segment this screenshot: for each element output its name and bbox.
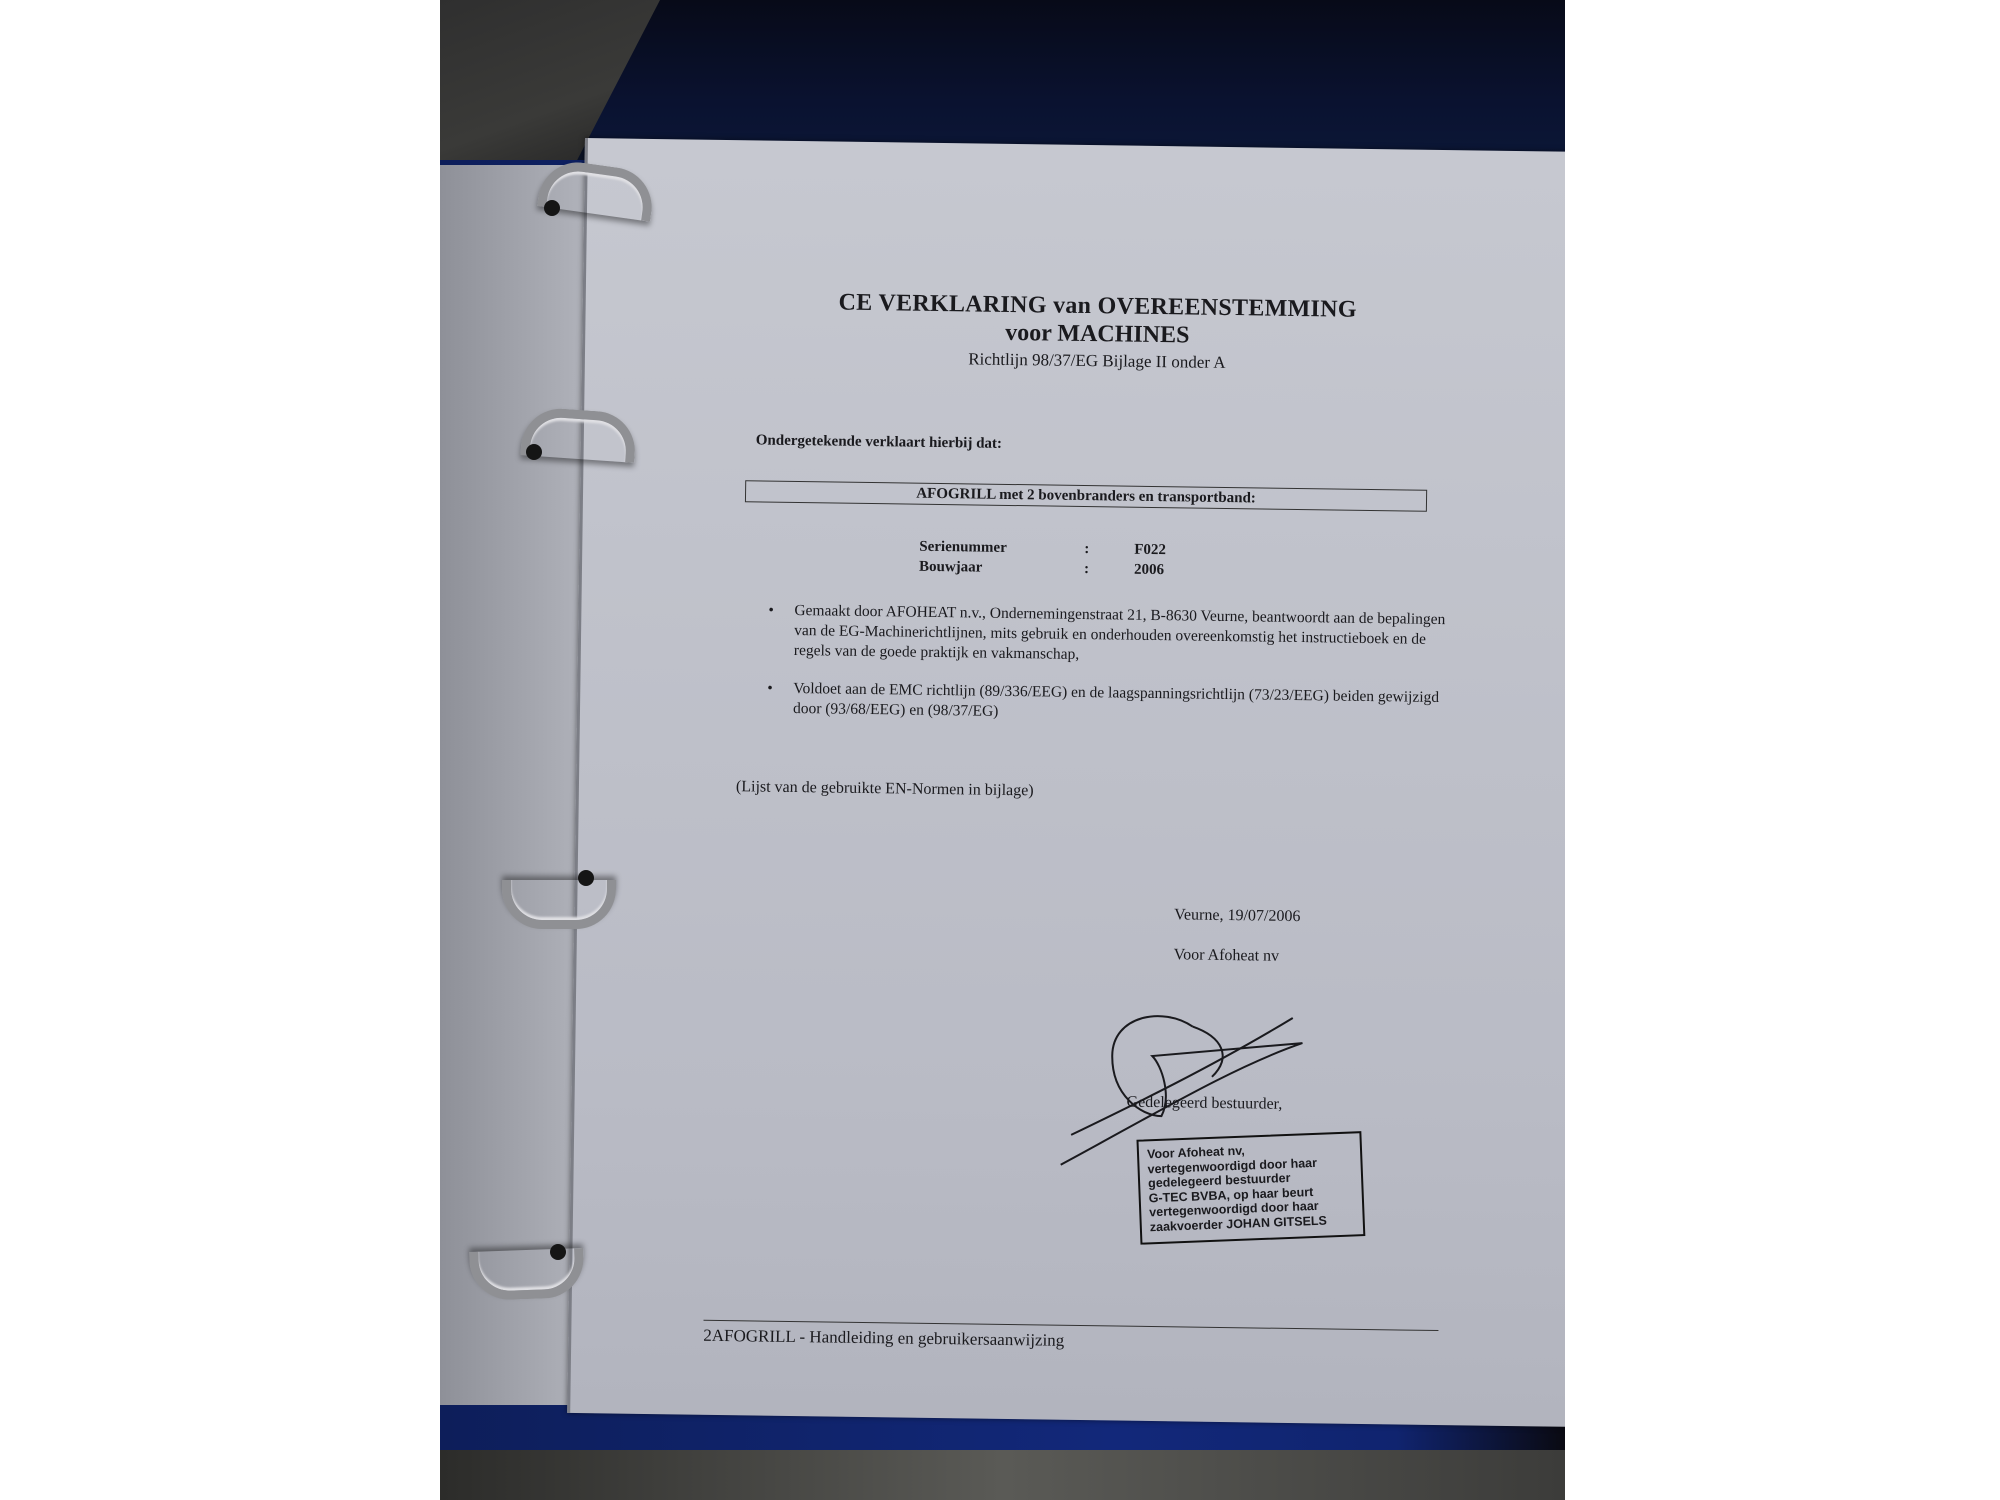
document-photo: CE VERKLARING van OVEREENSTEMMING voor M…	[440, 0, 1565, 1500]
on-behalf-of: Voor Afoheat nv	[1174, 946, 1280, 965]
spec-value: 2006	[1134, 562, 1164, 582]
spec-value: F022	[1134, 542, 1166, 562]
company-stamp: Voor Afoheat nv, vertegenwoordigd door h…	[1136, 1131, 1365, 1245]
product-name: AFOGRILL met 2 bovenbranders en transpor…	[916, 486, 1256, 507]
spec-separator: :	[1084, 561, 1134, 582]
signatory-role: Gedelegeerd bestuurder,	[1126, 1094, 1282, 1114]
annex-note: (Lijst van de gebruikte EN-Normen in bij…	[736, 778, 1034, 800]
spec-row: Bouwjaar : 2006	[919, 559, 1166, 582]
place-date: Veurne, 19/07/2006	[1174, 906, 1300, 926]
ring-hole	[578, 870, 594, 886]
spec-label: Serienummer	[919, 539, 1084, 561]
ring-hole	[526, 444, 542, 460]
spec-separator: :	[1084, 541, 1134, 562]
document-content: CE VERKLARING van OVEREENSTEMMING voor M…	[567, 138, 1565, 1427]
ring-hole	[544, 200, 560, 216]
bullet-item: Voldoet aan de EMC richtlijn (89/336/EEG…	[767, 679, 1447, 728]
intro-text: Ondergetekende verklaart hierbij dat:	[756, 432, 1002, 452]
spec-label: Bouwjaar	[919, 559, 1084, 581]
bullet-item: Gemaakt door AFOHEAT n.v., Ondernemingen…	[768, 601, 1449, 670]
ring-hole	[550, 1244, 566, 1260]
spec-table: Serienummer : F022 Bouwjaar : 2006	[919, 539, 1166, 582]
floor-surface	[440, 1450, 1565, 1500]
product-box: AFOGRILL met 2 bovenbranders en transpor…	[745, 480, 1427, 512]
binder-ring-icon	[502, 880, 616, 929]
bullet-list: Gemaakt door AFOHEAT n.v., Ondernemingen…	[767, 601, 1449, 746]
page-footer: 2AFOGRILL - Handleiding en gebruikersaan…	[703, 1326, 1064, 1351]
document-page: CE VERKLARING van OVEREENSTEMMING voor M…	[567, 138, 1565, 1427]
